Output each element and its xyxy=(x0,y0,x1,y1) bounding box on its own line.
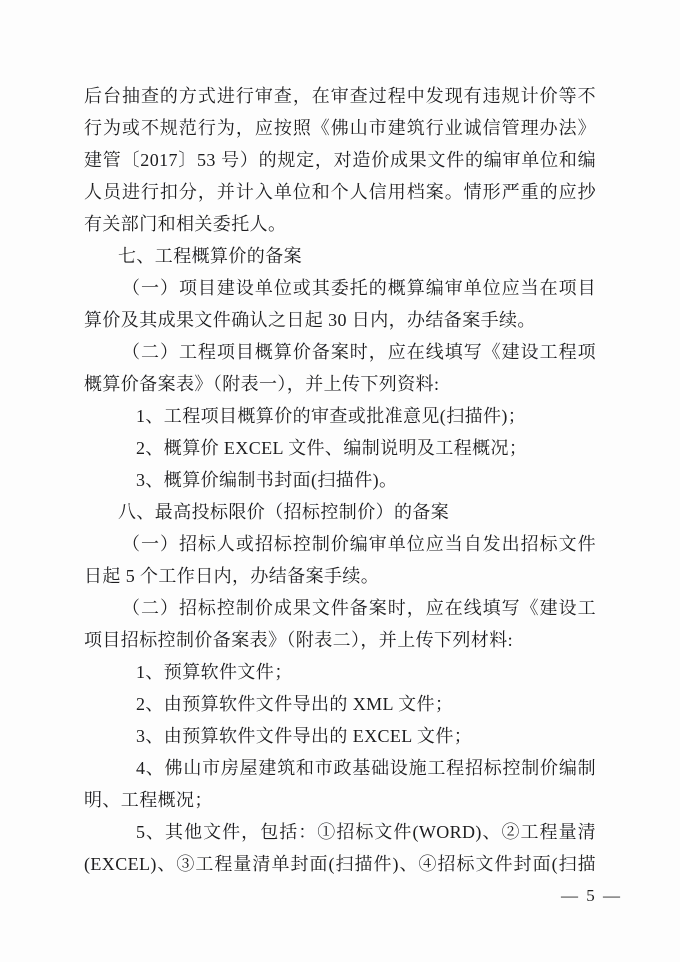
document-line: 行为或不规范行为，应按照《佛山市建筑行业诚信管理办法》（佛 xyxy=(84,112,596,144)
document-line: 建管〔2017〕53 号）的规定，对造价成果文件的编审单位和编审 xyxy=(84,144,596,176)
document-line: 项目招标控制价备案表》（附表二），并上传下列材料: xyxy=(84,624,596,656)
document-line: 八、最高投标限价（招标控制价）的备案 xyxy=(84,496,596,528)
document-line: 有关部门和相关委托人。 xyxy=(84,208,596,240)
document-page: 后台抽查的方式进行审查，在审查过程中发现有违规计价等不良行为或不规范行为，应按照… xyxy=(0,0,680,962)
document-line: 七、工程概算价的备案 xyxy=(84,240,596,272)
document-line: 5、其他文件，包括：①招标文件(WORD)、②工程量清单 xyxy=(84,816,596,848)
document-line: 日起 5 个工作日内，办结备案手续。 xyxy=(84,560,596,592)
document-line: （一）项目建设单位或其委托的概算编审单位应当在项目概 xyxy=(84,272,596,304)
document-line: 2、概算价 EXCEL 文件、编制说明及工程概况； xyxy=(84,432,596,464)
document-line: （二）招标控制价成果文件备案时，应在线填写《建设工程 xyxy=(84,592,596,624)
document-line: 3、概算价编制书封面(扫描件)。 xyxy=(84,464,596,496)
document-line: 概算价备案表》（附表一），并上传下列资料: xyxy=(84,368,596,400)
document-line: 明、工程概况； xyxy=(84,784,596,816)
document-line: 1、预算软件文件； xyxy=(84,656,596,688)
document-line: 后台抽查的方式进行审查，在审查过程中发现有违规计价等不良 xyxy=(84,80,596,112)
document-body: 后台抽查的方式进行审查，在审查过程中发现有违规计价等不良行为或不规范行为，应按照… xyxy=(84,80,596,880)
page-number: — 5 — xyxy=(561,886,622,906)
document-line: 4、佛山市房屋建筑和市政基础设施工程招标控制价编制说 xyxy=(84,752,596,784)
document-line: （二）工程项目概算价备案时，应在线填写《建设工程项目 xyxy=(84,336,596,368)
document-line: 人员进行扣分，并计入单位和个人信用档案。情形严重的应抄送 xyxy=(84,176,596,208)
document-line: 1、工程项目概算价的审查或批准意见(扫描件)； xyxy=(84,400,596,432)
document-line: 2、由预算软件文件导出的 XML 文件； xyxy=(84,688,596,720)
document-line: (EXCEL)、③工程量清单封面(扫描件)、④招标文件封面(扫描件)、 xyxy=(84,848,596,880)
document-line: （一）招标人或招标控制价编审单位应当自发出招标文件之 xyxy=(84,528,596,560)
document-line: 算价及其成果文件确认之日起 30 日内，办结备案手续。 xyxy=(84,304,596,336)
document-line: 3、由预算软件文件导出的 EXCEL 文件； xyxy=(84,720,596,752)
